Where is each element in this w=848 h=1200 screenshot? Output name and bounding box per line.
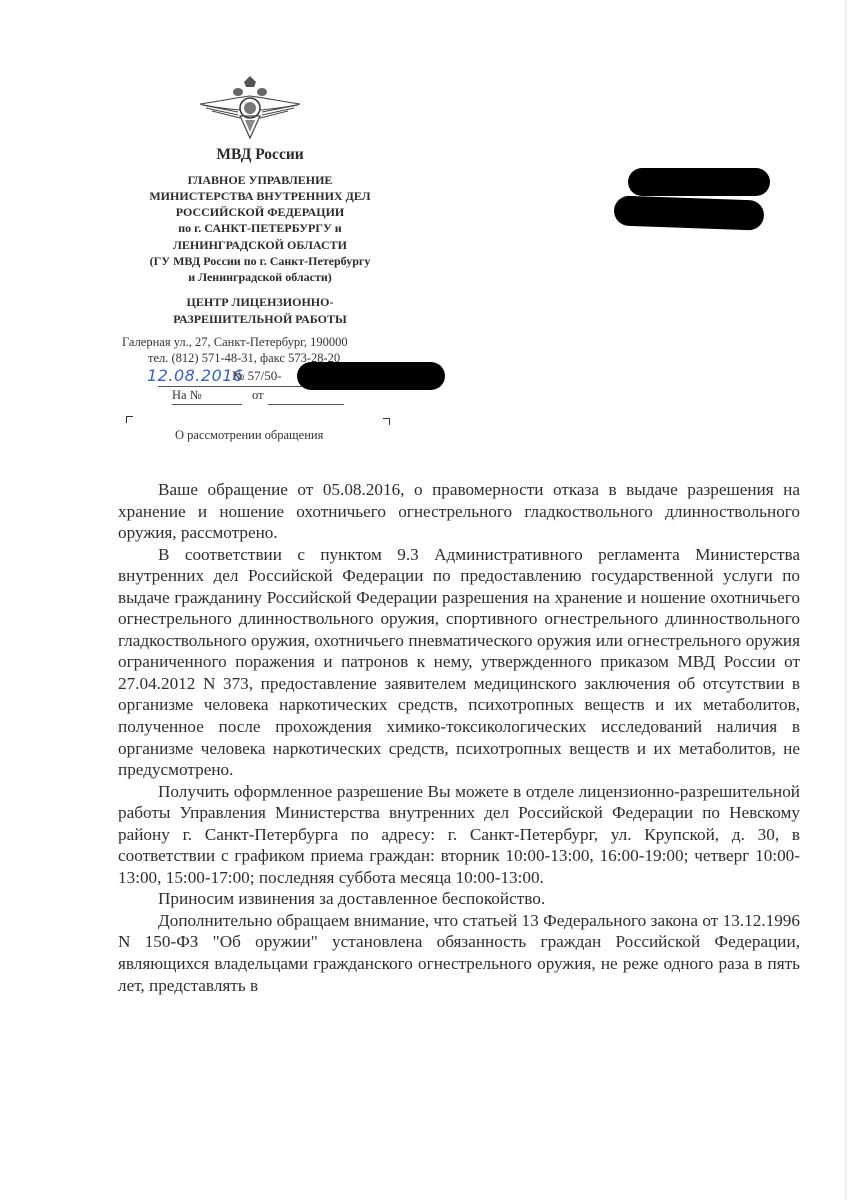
body-paragraph: Дополнительно обращаем внимание, что ста… [118, 910, 800, 996]
body-paragraph: Получить оформленное разрешение Вы может… [118, 781, 800, 889]
ministry-short-name: МВД России [100, 146, 420, 164]
corner-bracket-right [383, 418, 390, 425]
reply-to-label: На № [172, 388, 202, 403]
letter-subject: О рассмотрении обращения [175, 428, 323, 443]
department-line: ЦЕНТР ЛИЦЕНЗИОННО- [100, 295, 420, 310]
redaction-recipient-line-1 [628, 168, 770, 196]
letter-body: Ваше обращение от 05.08.2016, о правомер… [118, 479, 800, 996]
body-paragraph: Приносим извинения за доставленное беспо… [118, 888, 800, 910]
body-paragraph: В соответствии с пунктом 9.3 Администрат… [118, 544, 800, 781]
redaction-recipient-line-2 [614, 195, 765, 230]
org-line: ГЛАВНОЕ УПРАВЛЕНИЕ [100, 173, 420, 188]
reply-from-underline [268, 404, 344, 405]
reply-to-underline [172, 404, 242, 405]
reply-from-label: от [252, 388, 264, 403]
org-line: МИНИСТЕРСТВА ВНУТРЕННИХ ДЕЛ [100, 189, 420, 204]
eagle-emblem-icon [190, 76, 310, 146]
number-underline [232, 386, 302, 387]
org-line: ЛЕНИНГРАДСКОЙ ОБЛАСТИ [100, 238, 420, 253]
org-line: по г. САНКТ-ПЕТЕРБУРГУ и [100, 221, 420, 236]
corner-bracket-left [126, 416, 133, 423]
redaction-number [297, 362, 445, 390]
address: Галерная ул., 27, Санкт-Петербург, 19000… [122, 335, 348, 350]
page-edge [845, 0, 846, 1200]
body-paragraph: Ваше обращение от 05.08.2016, о правомер… [118, 479, 800, 544]
org-line: РОССИЙСКОЙ ФЕДЕРАЦИИ [100, 205, 420, 220]
org-line: (ГУ МВД России по г. Санкт-Петербургу [100, 254, 420, 269]
handwritten-date: 12.08.2016 [147, 366, 244, 385]
org-line: и Ленинградской области) [100, 270, 420, 285]
outgoing-number: № 57/50- [232, 368, 282, 384]
department-line: РАЗРЕШИТЕЛЬНОЙ РАБОТЫ [100, 312, 420, 327]
